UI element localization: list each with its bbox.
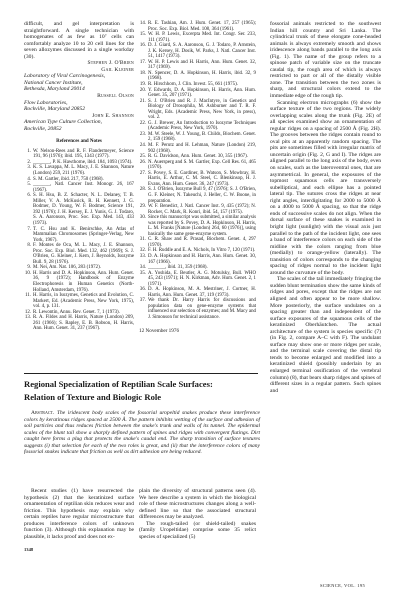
body-paragraph: fossorial animals restricted to the sout… — [270, 21, 381, 100]
body-paragraph: The scales of the tail immediately fring… — [270, 276, 381, 394]
journal-footer: SCIENCE, VOL. 195 — [320, 583, 365, 588]
body-paragraph: The rough-tailed (or shield-tailed) snak… — [139, 521, 256, 541]
article-title: Regional Specialization of Reptilian Sca… — [24, 378, 264, 404]
received-date: 12 November 1976 — [139, 328, 256, 335]
reference-item: 23.M. W. Steele, W. J. Young, B. Childs,… — [139, 132, 256, 143]
author-affiliation: American Type Culture Collection, Rockvi… — [24, 119, 134, 132]
article-title-line: Regional Specialization of Reptilian Sca… — [24, 378, 264, 391]
body-column-middle: plain the diversity of structural patter… — [139, 488, 256, 540]
abstract: Abstract. The iridescent body scales of … — [24, 410, 260, 456]
affiliation-line: Rockville, 20852 — [24, 126, 134, 133]
reference-item: 30.Since this manuscript was submitted, … — [139, 215, 256, 237]
reference-item: 17.W. H. P. Lewis and H. Harris, Ann. Hu… — [139, 60, 256, 71]
reference-item: 21.S. J. O'Brien and R. J. MacIntyre, in… — [139, 99, 256, 121]
reference-item: 8.F. Montes de Oca, M. L. Macy, J. E. Sh… — [24, 243, 134, 265]
reference-item: 37.We thank Dr. Harry Harris for discuss… — [139, 298, 256, 320]
prev-article-closing-text: difficult, and gel interpretation is str… — [24, 21, 134, 60]
article-title-line: Relation of Texture and Biologic Role — [24, 391, 264, 404]
reference-item: 14.R. E. Tashian, Am. J. Hum. Genet. 17,… — [139, 21, 256, 32]
author-affiliation: Laboratory of Viral Carcinogenesis, Nati… — [24, 73, 134, 93]
reference-item: 24.M. F. Perutz and H. Lehman, Nature (L… — [139, 143, 256, 154]
reference-item: 18.N. Spencer, D. A. Hopkinson, H. Harri… — [139, 71, 256, 82]
reference-item: 36.D. A. Hopkinson, M. A. Mestriner, J. … — [139, 287, 256, 298]
reference-item: 22.G. J. Brewer, An Introduction to Isoz… — [139, 121, 256, 132]
reference-item: 10.H. Harris and D. A. Hopkinson, Ann. H… — [24, 271, 134, 293]
reference-item: 6.S. H. Hsu, B. Z. Schacter, N. L. Delan… — [24, 193, 134, 226]
reference-item: 3.K. S. Lavappa, M. L. Macy, J. E. Shann… — [24, 165, 134, 176]
abstract-label: Abstract. — [31, 410, 54, 416]
page-number: 1348 — [24, 547, 33, 552]
body-paragraph: plain the diversity of structural patter… — [139, 488, 256, 521]
references-heading: References and Notes — [24, 139, 134, 146]
abstract-text: The iridescent body scales of the fossor… — [24, 410, 260, 455]
body-column-left: Recent studies (1) have resurrected the … — [24, 488, 134, 540]
section-divider — [24, 373, 258, 374]
author-affiliation: Flow Laboratories, Rockville, Maryland 2… — [24, 100, 134, 113]
reference-item: 27.S. Povey, S. E. Gardiner, B. Watson, … — [139, 171, 256, 188]
body-paragraph: Recent studies (1) have resurrected the … — [24, 488, 134, 540]
reference-item: 35.A. Yoshida, E. Beutler, A. G. Motulsk… — [139, 271, 256, 288]
body-paragraph: Scanning electron micrographs (6) show t… — [270, 100, 381, 277]
reference-item: 13.R. A. Fildes and H. Harris, Nature (L… — [24, 315, 134, 332]
reference-item: 29.W. F. Benedict, J. Natl. Cancer Inst.… — [139, 204, 256, 215]
references-list-part1: 1.W. Nelson-Rees and R. F. Flandermeyer,… — [24, 149, 134, 332]
reference-item: 16.D. J. Giard, S. A. Aaronson, G. J. To… — [139, 43, 256, 60]
reference-item: 11.H. Harris, in Isozymes, Genetics and … — [24, 293, 134, 310]
reference-item: 15.W. H. P. Lewis, Excerpta Med. Int. Co… — [139, 32, 256, 43]
reference-item: 7.T. C. Hsu and K. Benirschke, An Atlas … — [24, 227, 134, 244]
column-middle-upper: 14.R. E. Tashian, Am. J. Hum. Genet. 17,… — [139, 21, 256, 334]
reference-item: 20.Y. Edwards, D. A. Hopkinson, H. Harri… — [139, 88, 256, 99]
reference-item: 33.D. A. Hopkinson and H. Harris, Ann. H… — [139, 254, 256, 265]
column-left-upper: difficult, and gel interpretation is str… — [24, 21, 134, 332]
reference-item: 31.C. R. Shaw and R. Prasad, Biochem. Ge… — [139, 237, 256, 248]
reference-item: 5._______, Natl. Cancer Inst. Monogr. 26… — [24, 182, 134, 193]
reference-item: 1.W. Nelson-Rees and R. F. Flandermeyer,… — [24, 149, 134, 160]
reference-item: 28.S. J. O'Brien, Isozyme Bull 9, 47 (19… — [139, 187, 256, 204]
reference-item: 26.N. Auersperg and S. M. Gartler, Exp. … — [139, 160, 256, 171]
references-list-part2: 14.R. E. Tashian, Am. J. Hum. Genet. 17,… — [139, 21, 256, 321]
column-right: fossorial animals restricted to the sout… — [270, 21, 381, 394]
